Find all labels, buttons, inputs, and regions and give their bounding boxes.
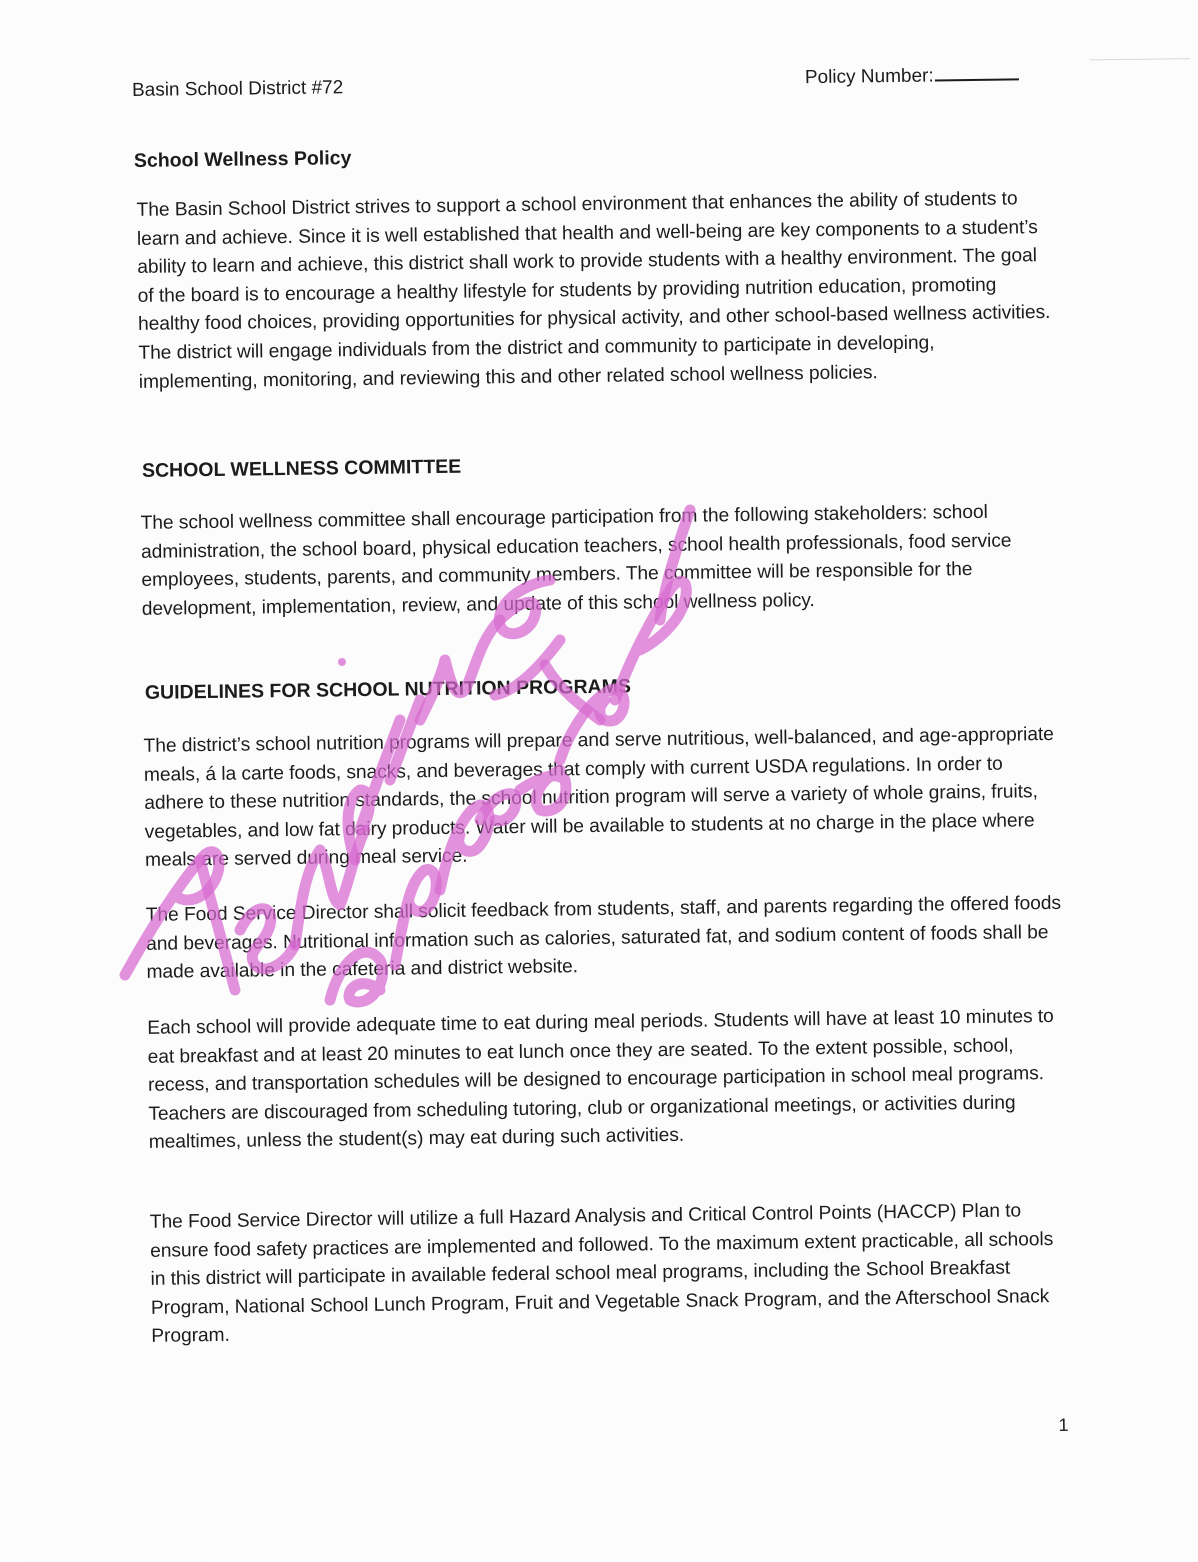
committee-paragraph: The school wellness committee shall enco… xyxy=(140,498,1061,624)
section-heading-nutrition: GUIDELINES FOR SCHOOL NUTRITION PROGRAMS xyxy=(145,675,631,704)
intro-paragraph: The Basin School District strives to sup… xyxy=(136,185,1059,397)
policy-number-label: Policy Number: xyxy=(805,65,934,88)
policy-number-blank xyxy=(935,61,1019,81)
scan-artifact xyxy=(1090,58,1190,60)
section-heading-committee: SCHOOL WELLNESS COMMITTEE xyxy=(142,456,462,483)
policy-number-field: Policy Number: xyxy=(805,61,1019,89)
nutrition-paragraph-3: Each school will provide adequate time t… xyxy=(147,1003,1069,1158)
nutrition-paragraph-2: The Food Service Director shall solicit … xyxy=(146,890,1067,988)
document-page: Basin School District #72 Policy Number:… xyxy=(0,0,1198,1562)
nutrition-paragraph-4: The Food Service Director will utilize a… xyxy=(150,1197,1072,1352)
nutrition-paragraph-1: The district’s school nutrition programs… xyxy=(143,721,1065,876)
page-number: 1 xyxy=(1058,1415,1068,1436)
document-title: School Wellness Policy xyxy=(134,147,352,173)
district-name: Basin School District #72 xyxy=(132,77,343,102)
